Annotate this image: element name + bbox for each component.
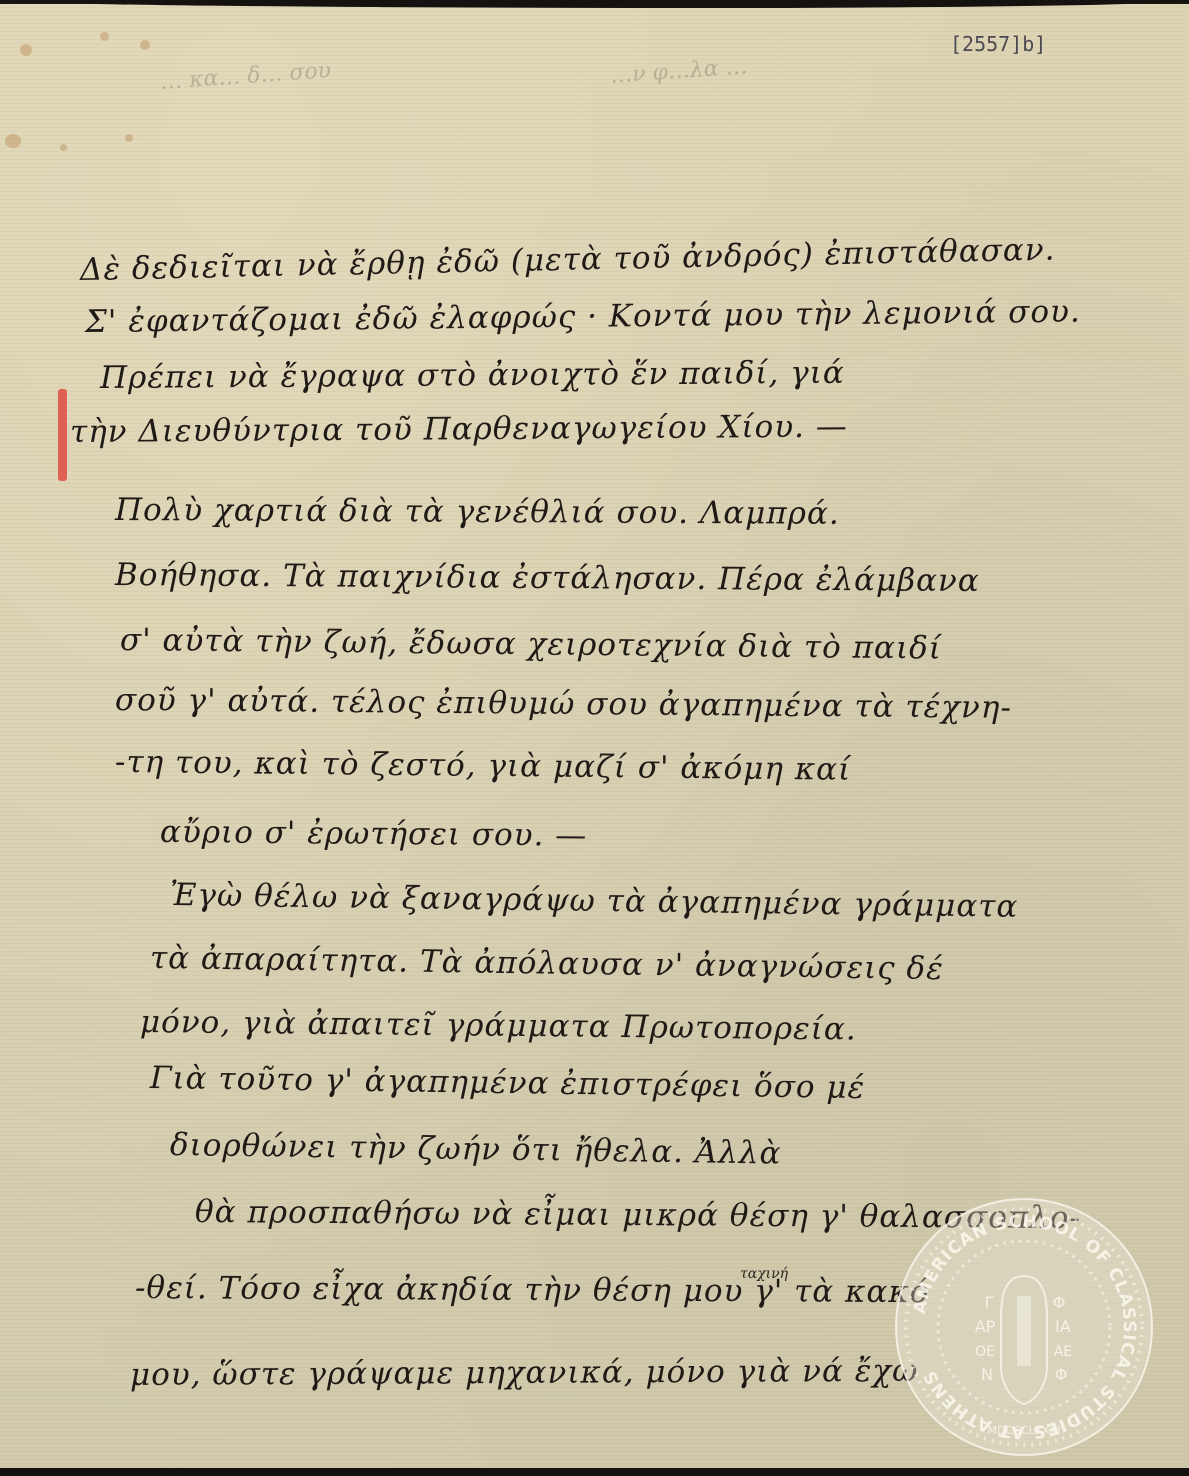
page-bottom-edge bbox=[0, 1468, 1189, 1476]
handwritten-line: σοῦ γ' αὐτά. τέλος ἐπιθυμώ σου ἀγαπημένα… bbox=[115, 682, 1012, 726]
foxing-stain bbox=[60, 144, 67, 151]
interlinear-note: ταχινή bbox=[740, 1266, 788, 1282]
handwritten-line: αὔριο σ' ἐρωτήσει σου. — bbox=[160, 814, 588, 854]
handwritten-line: τὴν Διευθύντρια τοῦ Παρθεναγωγείου Χίου.… bbox=[70, 409, 848, 450]
red-margin-mark bbox=[58, 389, 67, 481]
svg-text:ΙΑ: ΙΑ bbox=[1055, 1317, 1071, 1336]
handwritten-line: -τη του, καὶ τὸ ζεστό, γιὰ μαζί σ' ἀκόμη… bbox=[115, 744, 852, 788]
bleed-through-text: … κα… δ… σου bbox=[159, 58, 331, 95]
handwritten-line: μου, ὥστε γράψαμε μηχανικά, μόνο γιὰ νά … bbox=[130, 1353, 919, 1393]
foxing-stain bbox=[5, 134, 21, 148]
svg-text:MDCCCLXXXI: MDCCCLXXXI bbox=[988, 1424, 1061, 1437]
svg-text:Φ: Φ bbox=[1053, 1293, 1066, 1312]
foxing-stain bbox=[140, 40, 150, 50]
handwritten-line: Γιὰ τοῦτο γ' ἀγαπημένα ἐπιστρέφει ὅσο μέ bbox=[150, 1060, 866, 1106]
bleed-through-text: …ν φ…λα … bbox=[609, 54, 748, 89]
handwritten-line: Βοήθησα. Τὰ παιχνίδια ἐστάλησαν. Πέρα ἐλ… bbox=[115, 557, 980, 599]
svg-text:Ν: Ν bbox=[981, 1365, 993, 1384]
archive-reference-label: [2557]b] bbox=[950, 32, 1046, 56]
embossed-seal-icon: AMERICAN SCHOOL OF CLASSICAL STUDIES AT … bbox=[893, 1196, 1155, 1458]
handwritten-line: Σ' ἐφαντάζομαι ἐδῶ ἐλαφρώς · Κοντά μου τ… bbox=[85, 294, 1081, 340]
foxing-stain bbox=[100, 32, 109, 41]
svg-text:Φ: Φ bbox=[1055, 1365, 1068, 1384]
handwritten-line: διορθώνει τὴν ζωήν ὅτι ἤθελα. Ἀλλὰ bbox=[170, 1127, 782, 1172]
handwritten-line: -θεί. Τόσο εἶχα ἀκηδία τὴν θέση μου γ' τ… bbox=[135, 1270, 930, 1310]
handwritten-line: Πρέπει νὰ ἔγραψα στὸ ἀνοιχτὸ ἕν παιδί, γ… bbox=[100, 355, 845, 396]
handwritten-line: Ἐγὼ θέλω νὰ ξαναγράψω τὰ ἀγαπημένα γράμμ… bbox=[170, 877, 1019, 925]
handwritten-line: μόνο, γιὰ ἀπαιτεῖ γράμματα Πρωτοπορεία. bbox=[140, 1004, 857, 1048]
handwritten-line: Δὲ δεδιεῖται νὰ ἔρθῃ ἐδῶ (μετὰ τοῦ ἀνδρό… bbox=[80, 232, 1056, 288]
svg-text:ΑΡ: ΑΡ bbox=[975, 1317, 996, 1336]
svg-text:ΟΕ: ΟΕ bbox=[975, 1344, 995, 1360]
handwritten-line: τὰ ἀπαραίτητα. Τὰ ἀπόλαυσα ν' ἀναγνώσεις… bbox=[150, 940, 944, 987]
svg-text:ΑΕ: ΑΕ bbox=[1054, 1344, 1072, 1360]
manuscript-page: … κα… δ… σου …ν φ…λα … [2557]b] Δὲ δεδιε… bbox=[0, 4, 1189, 1468]
svg-text:Γ: Γ bbox=[985, 1293, 994, 1312]
handwritten-line: σ' αὐτὰ τὴν ζωή, ἔδωσα χειροτεχνία διὰ τ… bbox=[120, 622, 942, 667]
handwritten-line: Πολὺ χαρτιά διὰ τὰ γενέθλιά σου. Λαμπρά. bbox=[115, 492, 840, 532]
foxing-stain bbox=[125, 134, 133, 142]
foxing-stain bbox=[20, 44, 32, 56]
